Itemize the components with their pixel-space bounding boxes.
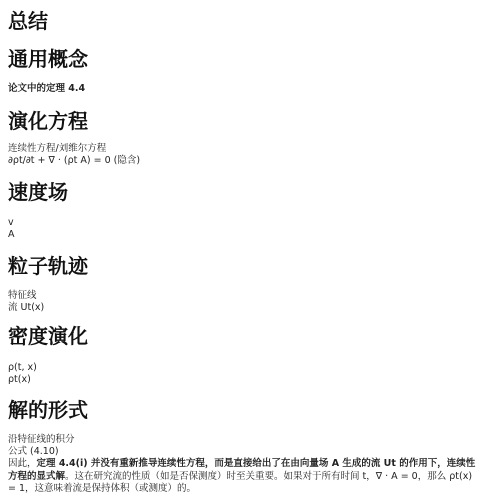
heading-summary: 总结 (8, 9, 48, 33)
heading-solution-form: 解的形式 (8, 398, 88, 422)
theorem-reference: 论文中的定理 4.4 (8, 83, 85, 95)
heading-evolution-equation: 演化方程 (8, 109, 88, 133)
heading-general-concepts: 通用概念 (8, 47, 88, 71)
paragraph-rest: 。这在研究流的性质（如是否保测度）时至关重要。如果对于所有时间 t，∇ · A … (8, 471, 472, 495)
density-function: ρ(t, x) (8, 362, 37, 374)
heading-velocity-field: 速度场 (8, 180, 68, 204)
paragraph-prefix: 因此， (8, 458, 37, 469)
integral-along-characteristics: 沿特征线的积分 (8, 434, 75, 446)
heading-particle-trajectory: 粒子轨迹 (8, 254, 88, 278)
continuity-equation-label: 连续性方程/刘维尔方程 (8, 143, 106, 155)
flow-label: 流 Ut(x) (8, 302, 44, 314)
formula-reference: 公式 (4.10) (8, 446, 59, 458)
characteristics-label: 特征线 (8, 290, 37, 302)
continuity-equation-formula: ∂ρt/∂t + ∇ · (ρt A) = 0 (隐含) (8, 155, 140, 167)
heading-density-evolution: 密度演化 (8, 324, 88, 348)
density-time-function: ρt(x) (8, 374, 31, 386)
velocity-symbol-a: A (8, 229, 15, 241)
velocity-symbol-v: v (8, 217, 14, 229)
conclusion-paragraph: 因此，定理 4.4(i) 并没有重新推导连续性方程，而是直接给出了在由向量场 A… (8, 458, 482, 496)
